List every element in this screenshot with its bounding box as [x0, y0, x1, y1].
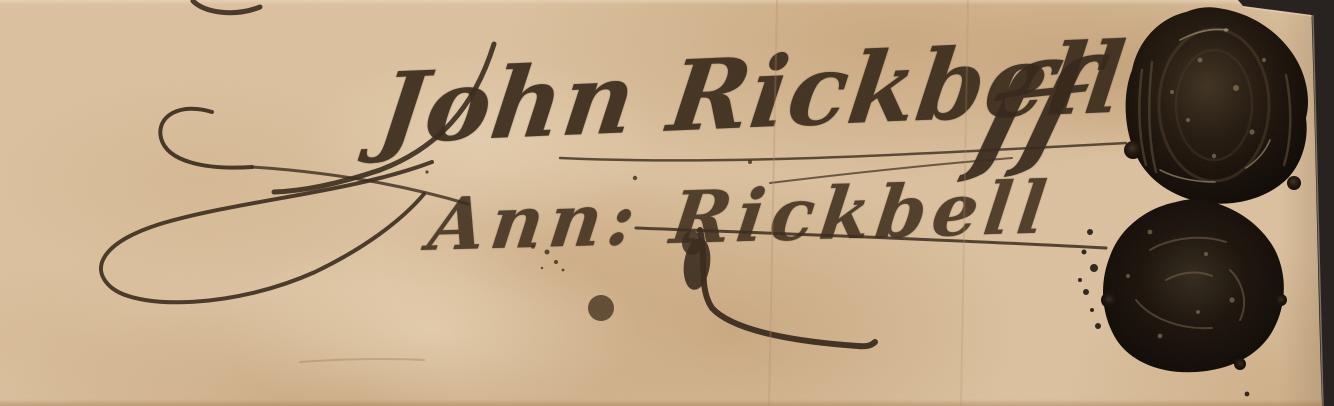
manuscript-scan: John Rickbell ff Ann: Rickbell — [0, 0, 1334, 406]
paper-grain — [0, 0, 1334, 406]
ink-artwork: dark wax seal with stamped armorial impr… — [0, 0, 1334, 406]
